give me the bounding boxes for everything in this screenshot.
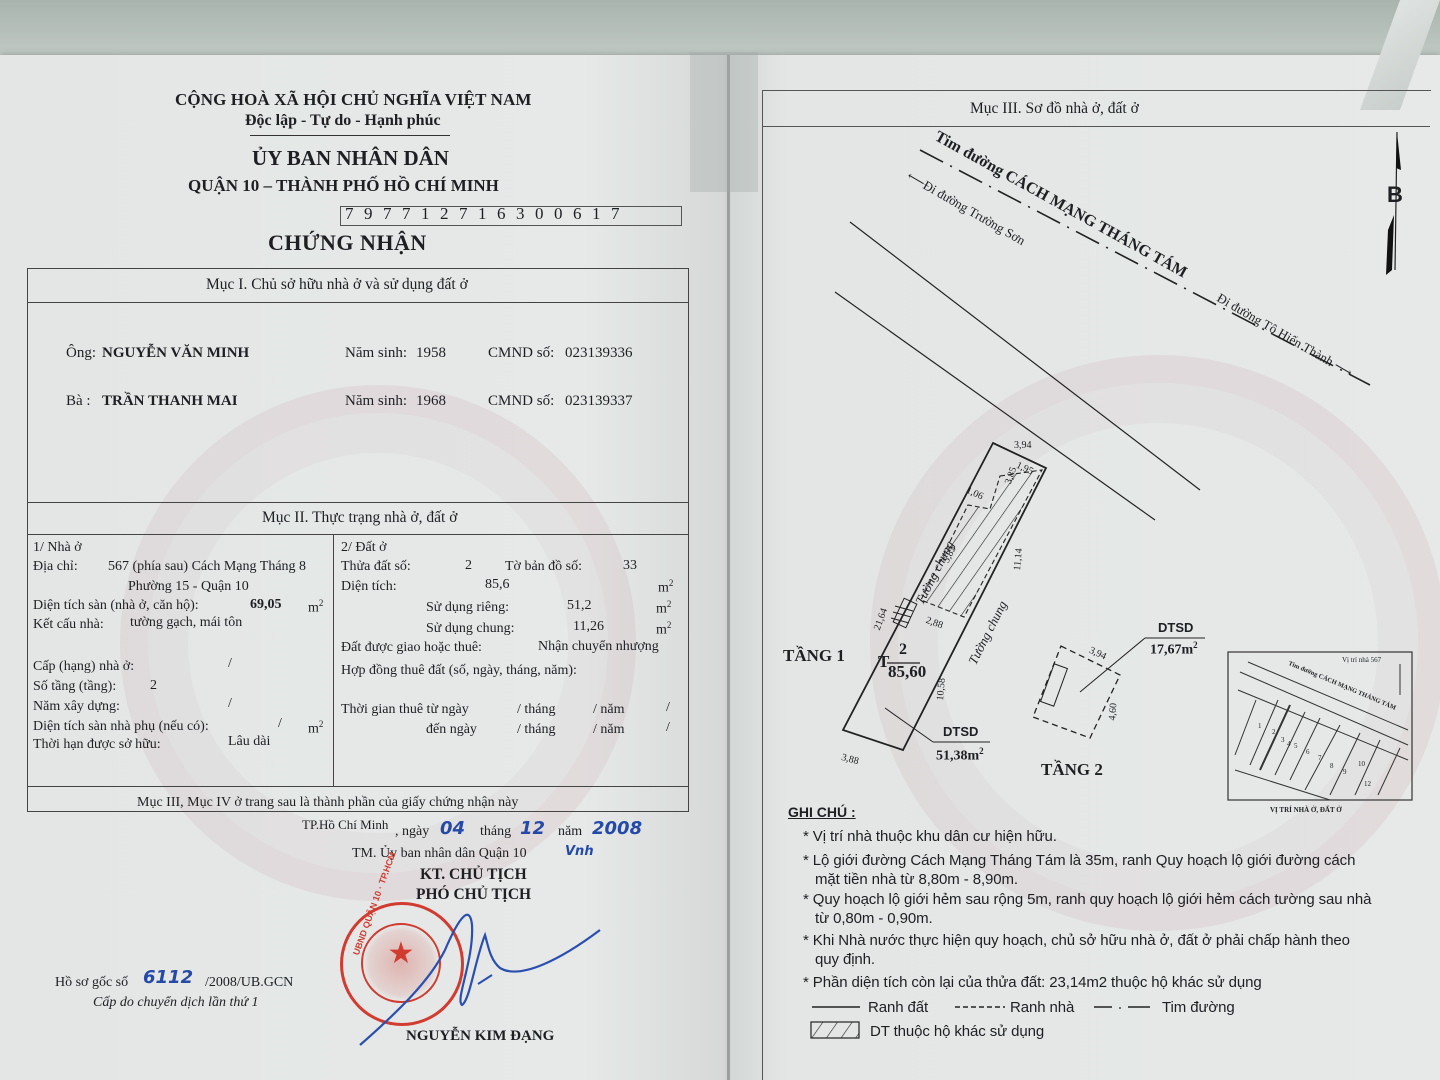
note-item: * Vị trí nhà thuộc khu dân cư hiện hữu. (803, 828, 1057, 845)
note-item: * Quy hoạch lộ giới hẻm sau rộng 5m, ran… (803, 891, 1371, 908)
parcel-number: 2 (899, 641, 907, 659)
legend-land-boundary: Ranh đất (868, 999, 928, 1016)
note-item: * Lộ giới đường Cách Mạng Tháng Tám là 3… (803, 852, 1355, 869)
lot-number: 3 (1281, 736, 1285, 744)
legend-house-boundary: Ranh nhà (1010, 999, 1074, 1016)
lot-number: 6 (1306, 748, 1310, 756)
note-item: quy định. (815, 951, 875, 968)
dtsd-floor2-value: 17,67m2 (1150, 640, 1198, 659)
lot-number: 8 (1330, 762, 1334, 770)
legend-center-line: Tim đường (1162, 999, 1235, 1016)
legend-other-use: DT thuộc hộ khác sử dụng (870, 1023, 1044, 1040)
lot-number: 9 (1343, 768, 1347, 776)
note-item: mặt tiền nhà từ 8,80m - 8,90m. (815, 871, 1018, 888)
north-label: B (1387, 182, 1403, 208)
lot-number: 5 (1294, 742, 1298, 750)
dtsd-floor2-label: DTSD (1158, 620, 1193, 635)
inset-title: VỊ TRÍ NHÀ Ở, ĐẤT Ở (1270, 806, 1342, 814)
parcel-area: 85,60 (888, 662, 926, 682)
dim-floor2-depth: 4,60 (1107, 703, 1119, 721)
dtsd-floor1-label: DTSD (943, 724, 978, 739)
floor-2-label: TẦNG 2 (1041, 760, 1103, 780)
inset-marker: Vị trí nhà 567 (1342, 656, 1381, 664)
note-item: * Khi Nhà nước thực hiện quy hoạch, chủ … (803, 932, 1350, 949)
site-plan-drawing (0, 0, 1440, 1080)
notes-heading: GHI CHÚ : (788, 804, 856, 820)
floor-1-label: TẦNG 1 (783, 646, 845, 666)
lot-number: 7 (1318, 754, 1322, 762)
note-item: từ 0,80m - 0,90m. (815, 910, 933, 927)
dim-e: 11,14 (1012, 548, 1025, 571)
lot-number: 2 (1272, 728, 1276, 736)
dim-h: 10,58 (935, 678, 948, 701)
lot-number: 1 (1258, 722, 1262, 730)
dtsd-floor1-value: 51,38m2 (936, 746, 984, 765)
lot-number: 4 (1287, 740, 1291, 748)
dim-front: 3,94 (1014, 440, 1032, 451)
note-item: * Phần diện tích còn lại của thửa đất: 2… (803, 974, 1262, 991)
lot-number: 12 (1364, 780, 1371, 788)
lot-number: 10 (1358, 760, 1365, 768)
